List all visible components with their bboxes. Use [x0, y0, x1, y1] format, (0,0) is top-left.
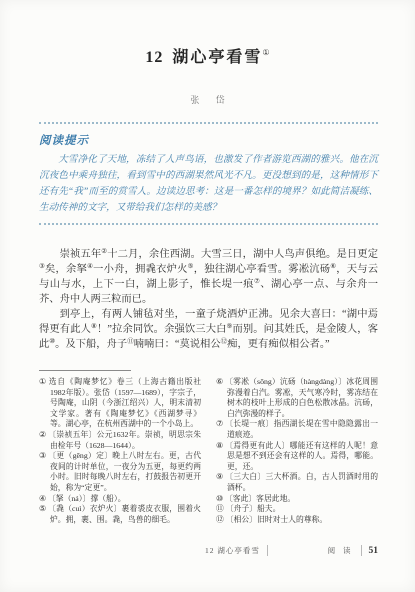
footnote-number: ⑩ — [216, 494, 223, 503]
footnote-item: ④〔拏（ná）〕撑（船）。 — [39, 494, 201, 505]
reading-hint-section: 阅读提示 大雪净化了天地，冻结了人声鸟语，也激发了作者游览西湖的雅兴。他在沉沉夜… — [39, 122, 378, 225]
footnote-number: ⑨ — [216, 472, 223, 481]
footnote-item: ⑦〔长堤一痕〕指西湖长堤在雪中隐隐露出一道痕迹。 — [216, 419, 378, 440]
footnote-ref: ⑧ — [91, 323, 97, 330]
footnote-item: ⑨〔三大白〕三大杯酒。白，古人罚酒时用的酒杯。 — [216, 472, 378, 493]
dotted-divider-top — [39, 122, 378, 124]
main-text: 崇祯五年②十二月，余住西湖。大雪三日，湖中人鸟声俱绝。是日更定③矣，余拏④一小舟… — [39, 247, 378, 352]
page-footer: 12 湖心亭看雪 阅 读 51 — [205, 545, 378, 556]
footnote-item: ⑤〔毳（cuì）衣炉火〕裹着裘皮衣服，围着火炉。拥，裹、围。毳，鸟兽的细毛。 — [39, 504, 201, 525]
footnote-number: ⑤ — [39, 504, 46, 513]
footnote-number: ⑦ — [216, 419, 223, 428]
dotted-divider-bottom — [39, 223, 378, 225]
footnote-number: ⑫ — [216, 515, 224, 524]
footer-divider — [267, 545, 268, 556]
footnote-separator — [39, 370, 131, 371]
footnote-number: ② — [39, 430, 46, 439]
footnotes-left-column: ①选自《陶庵梦忆》卷三（上海古籍出版社1982年版）。张岱（1597—1689）… — [39, 377, 201, 525]
footnote-ref: ④ — [87, 263, 93, 270]
footnote-item: ⑩〔客此〕客居此地。 — [216, 494, 378, 505]
footnote-item: ⑥〔雾凇（sōng）沆砀（hàngdàng）〕冰花周围弥漫着白汽。雾凇，天气寒冷… — [216, 377, 378, 419]
lesson-title: 12湖心亭看雪① — [0, 44, 415, 67]
footnote-ref: ⑩ — [49, 338, 55, 345]
footnote-ref: ② — [101, 248, 107, 255]
footnote-ref: ⑦ — [254, 278, 260, 285]
footnote-item: ③〔更（gēng）定〕晚上八时左右。更，古代夜间的计时单位，一夜分为五更，每更约… — [39, 451, 201, 493]
footnote-number: ⑪ — [216, 504, 224, 513]
footnote-ref: ⑪ — [127, 338, 134, 345]
footnote-item: ①选自《陶庵梦忆》卷三（上海古籍出版社1982年版）。张岱（1597—1689）… — [39, 377, 201, 430]
author-name: 张 岱 — [0, 93, 415, 106]
footnote-ref: ⑥ — [330, 263, 336, 270]
footnote-item: ⑫〔相公〕旧时对士人的尊称。 — [216, 515, 378, 526]
footnote-ref: ⑨ — [227, 323, 233, 330]
footnote-number: ⑥ — [216, 377, 223, 386]
footnotes-right-column: ⑥〔雾凇（sōng）沆砀（hàngdàng）〕冰花周围弥漫着白汽。雾凇，天气寒冷… — [216, 377, 378, 525]
footnote-number: ④ — [39, 494, 46, 503]
reading-hint-heading: 阅读提示 — [39, 132, 378, 148]
footnote-ref: ③ — [39, 263, 45, 270]
footnote-item: ⑧〔焉得更有此人〕哪能还有这样的人呢！意思是想不到还会有这样的人。焉得，哪能。更… — [216, 441, 378, 473]
textbook-page: 12湖心亭看雪① 张 岱 阅读提示 大雪净化了天地，冻结了人声鸟语，也激发了作者… — [0, 0, 415, 592]
footnotes: ①选自《陶庵梦忆》卷三（上海古籍出版社1982年版）。张岱（1597—1689）… — [39, 377, 378, 525]
text-paragraph: 崇祯五年②十二月，余住西湖。大雪三日，湖中人鸟声俱绝。是日更定③矣，余拏④一小舟… — [39, 247, 378, 307]
footnote-ref: ⑤ — [188, 263, 194, 270]
footnote-ref: ⑫ — [221, 338, 228, 345]
footer-lesson-title: 12 湖心亭看雪 — [205, 545, 260, 556]
footer-page-number: 51 — [369, 546, 379, 556]
reading-hint-body: 大雪净化了天地，冻结了人声鸟语，也激发了作者游览西湖的雅兴。他在沉沉夜色中乘舟独… — [39, 152, 378, 216]
footer-divider — [361, 545, 362, 556]
text-paragraph: 到亭上，有两人铺毡对坐，一童子烧酒炉正沸。见余大喜曰：“湖中焉得更有此人⑧！”拉… — [39, 307, 378, 352]
footnote-number: ⑧ — [216, 441, 223, 450]
footnote-item: ②〔崇祯五年〕公元1632年。崇祯，明思宗朱由检年号（1628—1644）。 — [39, 430, 201, 451]
lesson-title-text: 湖心亭看雪 — [172, 49, 262, 66]
lesson-number: 12 — [145, 49, 163, 66]
title-footnote-ref: ① — [262, 48, 269, 57]
footnote-item: ⑪〔舟子〕船夫。 — [216, 504, 378, 515]
footnote-number: ① — [39, 377, 47, 386]
footnote-number: ③ — [39, 451, 46, 460]
footer-section-label: 阅 读 — [328, 545, 354, 556]
